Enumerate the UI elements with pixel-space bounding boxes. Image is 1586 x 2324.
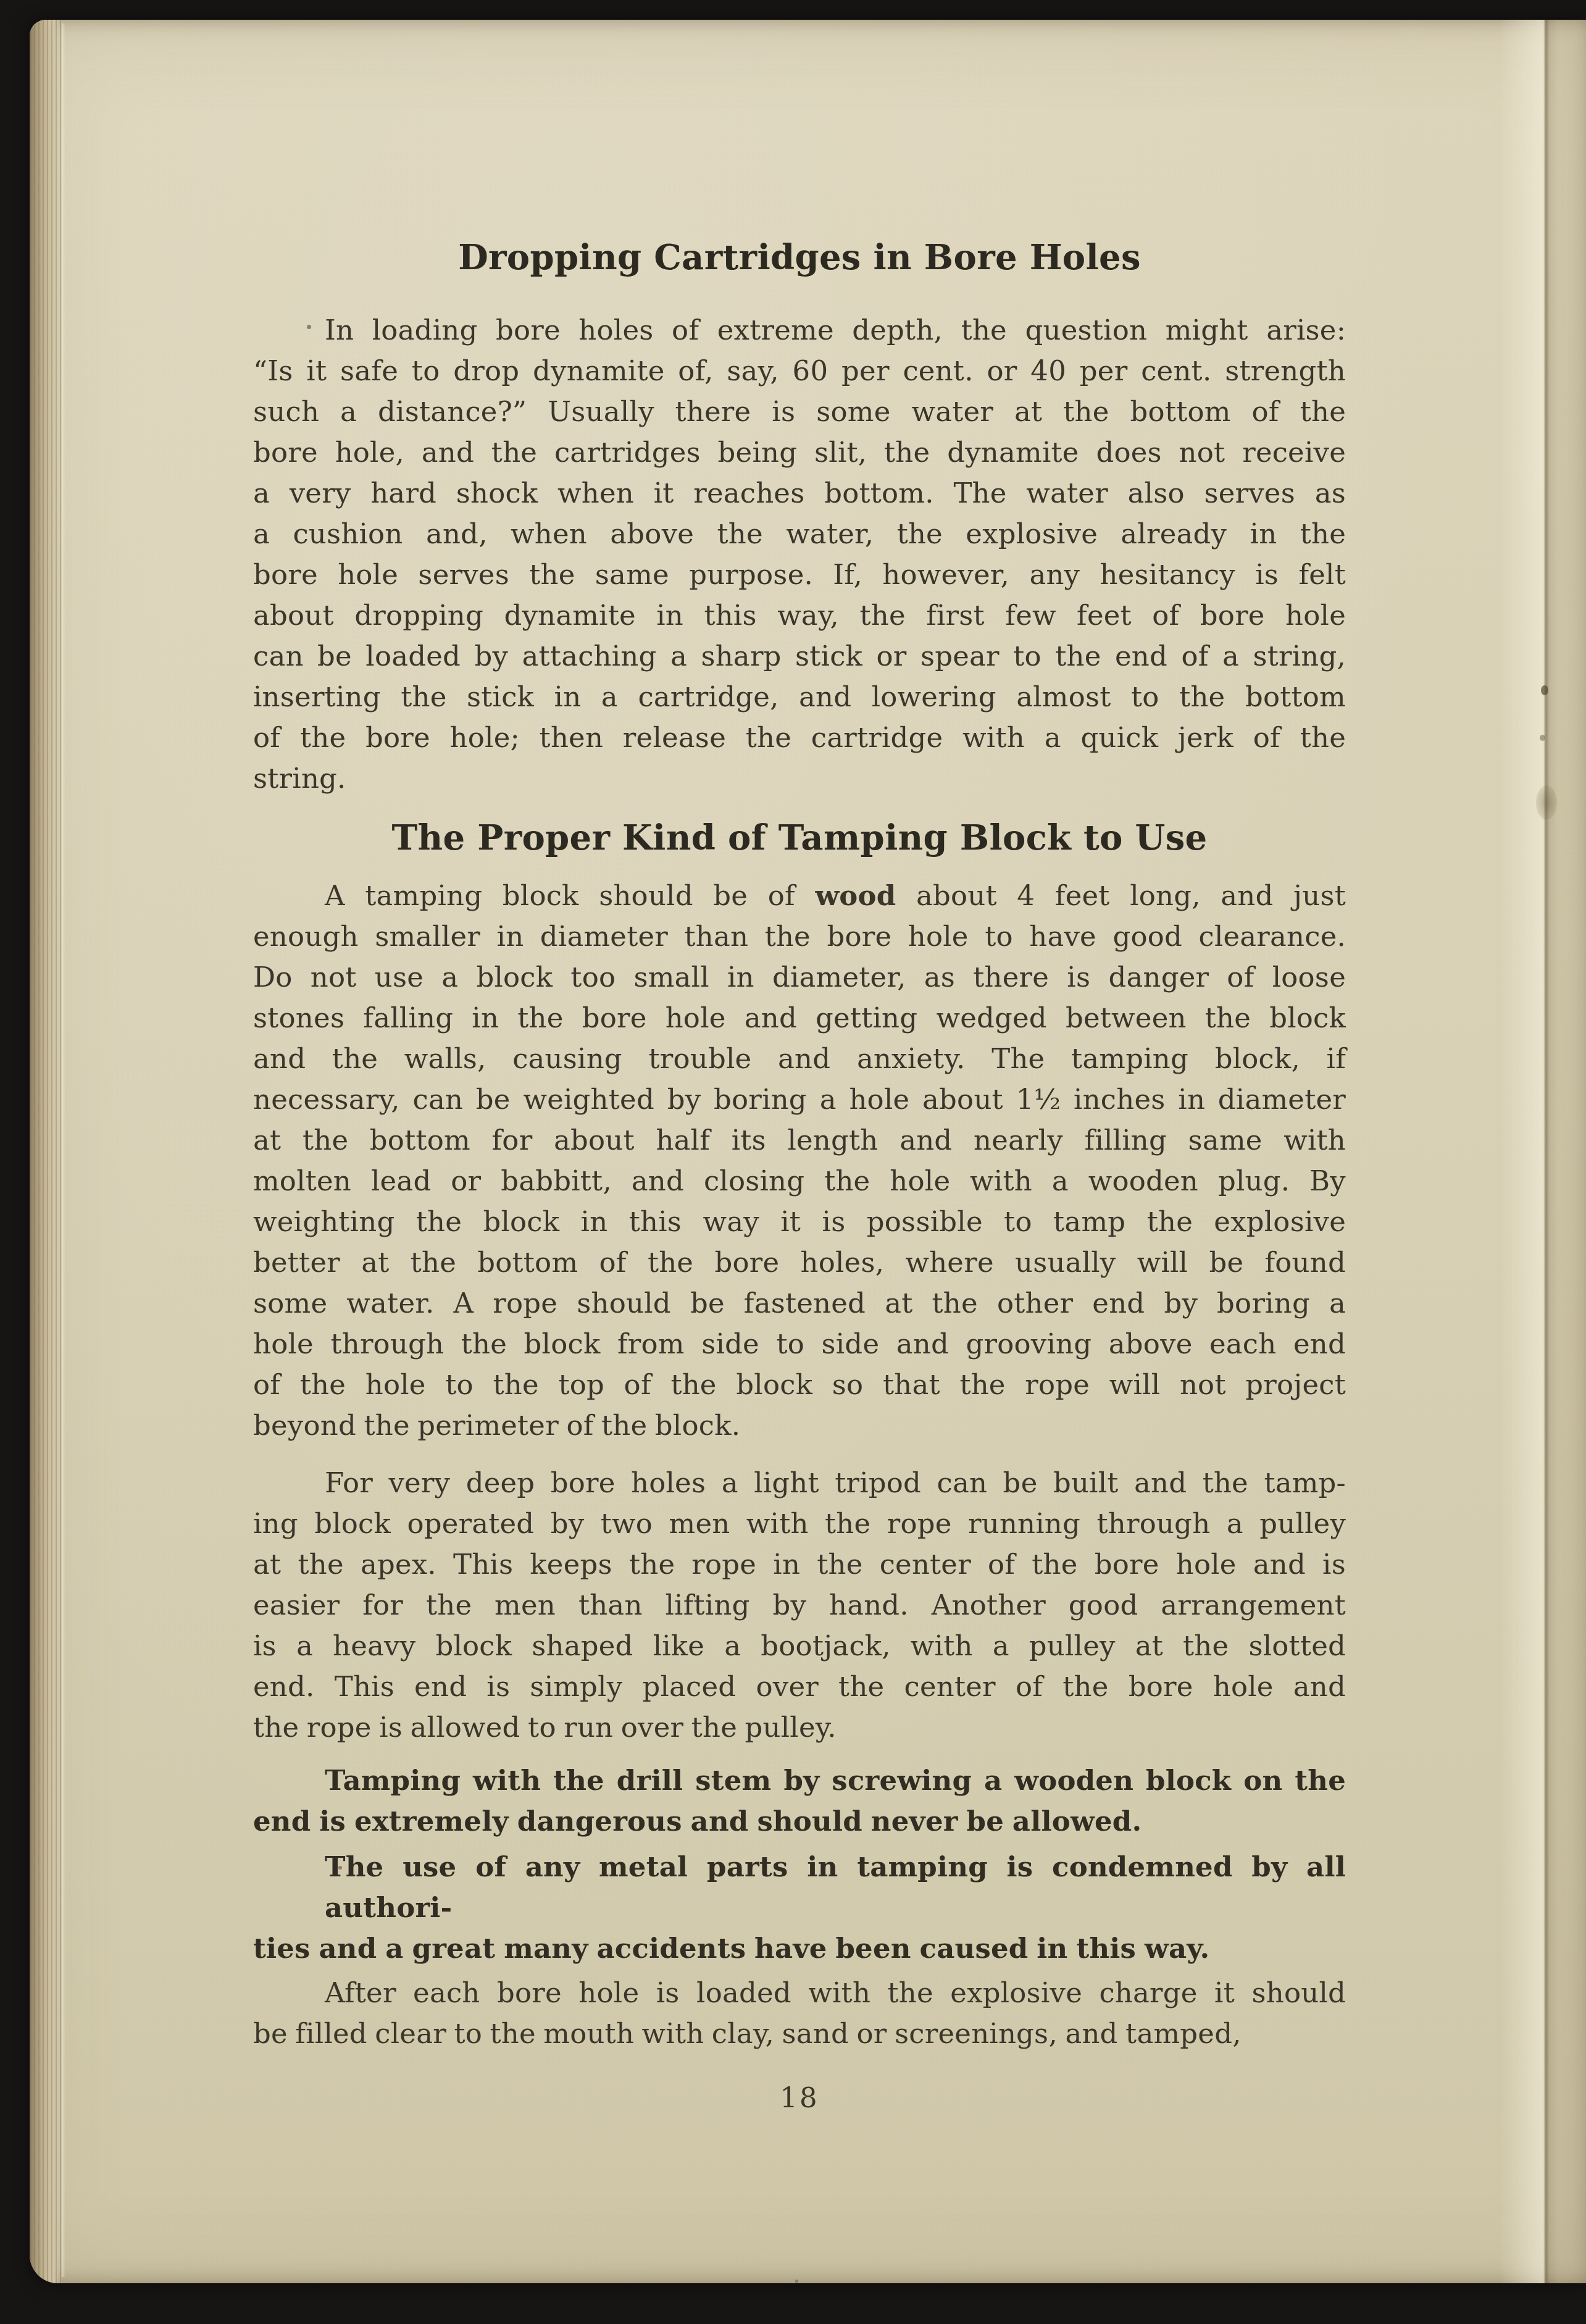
text-line: weighting the block in this way it is po… xyxy=(253,1202,1346,1242)
text-line: After each bore hole is loaded with the … xyxy=(253,1973,1346,2013)
text-line: inserting the stick in a cartridge, and … xyxy=(253,677,1346,717)
text-line: a very hard shock when it reaches bottom… xyxy=(253,473,1346,514)
text-line: hole through the block from side to side… xyxy=(253,1324,1346,1365)
page-edge-highlight xyxy=(62,23,65,2277)
text-line: beyond the perimeter of the block. xyxy=(253,1405,1346,1446)
text-line: “Is it safe to drop dynamite of, say, 60… xyxy=(253,351,1346,391)
text-line: Do not use a block too small in diameter… xyxy=(253,957,1346,998)
text-line: ties and a great many accidents have bee… xyxy=(253,1928,1346,1969)
text-column: Dropping Cartridges in Bore HolesIn load… xyxy=(253,237,1346,2118)
text-line: such a distance?” Usually there is some … xyxy=(253,391,1346,432)
text-line: enough smaller in diameter than the bore… xyxy=(253,916,1346,957)
text-line: The use of any metal parts in tamping is… xyxy=(253,1847,1346,1928)
text-line: can be loaded by attaching a sharp stick… xyxy=(253,636,1346,677)
text-line: end is extremely dangerous and should ne… xyxy=(253,1801,1346,1842)
paragraph: After each bore hole is loaded with the … xyxy=(253,1973,1346,2054)
text-line: at the apex. This keeps the rope in the … xyxy=(253,1544,1346,1585)
text-line: of the bore hole; then release the cartr… xyxy=(253,717,1346,758)
text-line: a cushion and, when above the water, the… xyxy=(253,514,1346,554)
text-line: molten lead or babbitt, and closing the … xyxy=(253,1161,1346,1202)
text-line: end. This end is simply placed over the … xyxy=(253,1666,1346,1707)
paragraph: A tamping block should be of wood about … xyxy=(253,876,1346,1446)
text-line: stones falling in the bore hole and gett… xyxy=(253,998,1346,1039)
text-line: In loading bore holes of extreme depth, … xyxy=(253,310,1346,351)
text-line: string. xyxy=(253,758,1346,799)
text-line: some water. A rope should be fastened at… xyxy=(253,1283,1346,1324)
paper-speck xyxy=(795,2280,798,2283)
text-line: of the hole to the top of the block so t… xyxy=(253,1365,1346,1405)
scan-background: { "document": { "page_number": "18", "pa… xyxy=(0,0,1586,2324)
paragraph: For very deep bore holes a light tripod … xyxy=(253,1463,1346,1748)
text-line: is a heavy block shaped like a bootjack,… xyxy=(253,1626,1346,1666)
paragraph: In loading bore holes of extreme depth, … xyxy=(253,310,1346,799)
section-heading: The Proper Kind of Tamping Block to Use xyxy=(253,817,1346,858)
text-line: at the bottom for about half its length … xyxy=(253,1120,1346,1161)
stitch-hole xyxy=(1541,685,1548,695)
text-line: Tamping with the drill stem by screwing … xyxy=(253,1760,1346,1801)
stitch-hole xyxy=(1540,735,1545,741)
page-edge-stack xyxy=(30,20,63,2283)
text-line: easier for the men than lifting by hand.… xyxy=(253,1585,1346,1626)
paragraph: The use of any metal parts in tamping is… xyxy=(253,1847,1346,1969)
text-line: A tamping block should be of wood about … xyxy=(253,876,1346,916)
crease-shadow-blob xyxy=(1536,785,1557,820)
text-line: better at the bottom of the bore holes, … xyxy=(253,1242,1346,1283)
page-crease xyxy=(1499,20,1586,2283)
text-line: ing block operated by two men with the r… xyxy=(253,1503,1346,1544)
page-number: 18 xyxy=(253,2078,1346,2118)
text-line: the rope is allowed to run over the pull… xyxy=(253,1707,1346,1748)
paragraph: Tamping with the drill stem by screwing … xyxy=(253,1760,1346,1842)
text-line: about dropping dynamite in this way, the… xyxy=(253,595,1346,636)
section-heading: Dropping Cartridges in Bore Holes xyxy=(253,237,1346,278)
text-line: and the walls, causing trouble and anxie… xyxy=(253,1039,1346,1079)
text-line: bore hole serves the same purpose. If, h… xyxy=(253,554,1346,595)
text-line: be filled clear to the mouth with clay, … xyxy=(253,2013,1346,2054)
text-line: bore hole, and the cartridges being slit… xyxy=(253,432,1346,473)
text-line: necessary, can be weighted by boring a h… xyxy=(253,1079,1346,1120)
text-line: For very deep bore holes a light tripod … xyxy=(253,1463,1346,1503)
book-page: Dropping Cartridges in Bore HolesIn load… xyxy=(30,20,1586,2283)
